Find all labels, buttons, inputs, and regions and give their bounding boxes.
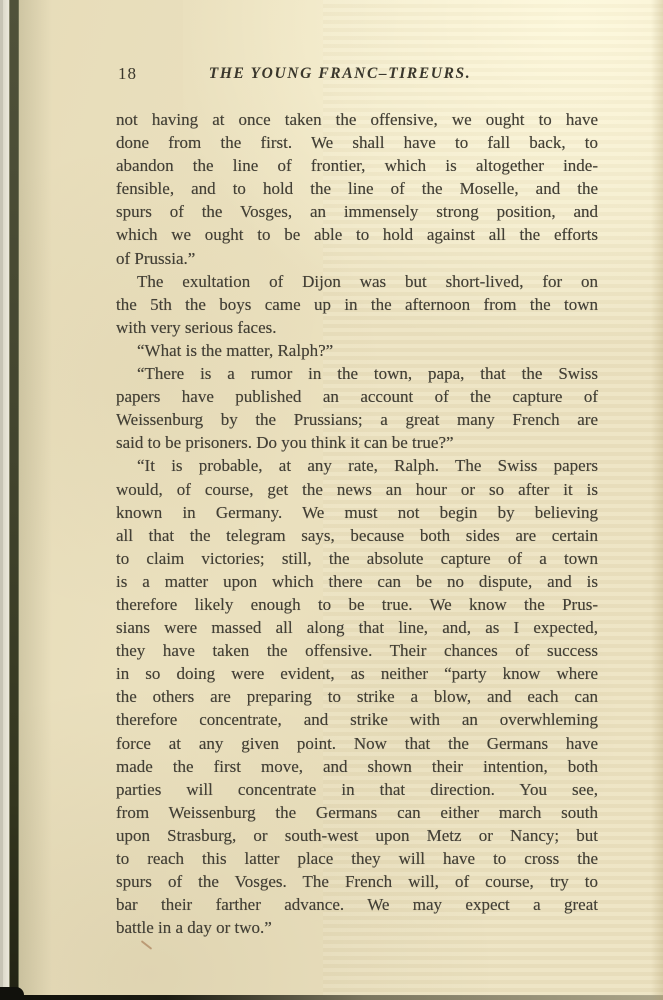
running-header: 18 THE YOUNG FRANC–TIREURS. <box>116 64 598 84</box>
text-line: The exultation of Dijon was but short-li… <box>116 270 598 293</box>
page-content: 18 THE YOUNG FRANC–TIREURS. not having a… <box>116 64 598 939</box>
text-line: “It is probable, at any rate, Ralph. The… <box>116 454 598 477</box>
text-line: which we ought to be able to hold agains… <box>116 223 598 246</box>
page-edge-bottom <box>0 995 663 1000</box>
text-line: to claim victories; still, the absolute … <box>116 547 598 570</box>
text-line: spurs of the Vosges, an immensely strong… <box>116 200 598 223</box>
text-line: with very serious faces. <box>116 316 598 339</box>
text-line: they have taken the offensive. Their cha… <box>116 639 598 662</box>
text-line: spurs of the Vosges. The French will, of… <box>116 870 598 893</box>
paper-scratch-mark <box>141 940 152 950</box>
page-edge-right <box>651 0 663 1000</box>
text-line: said to be prisoners. Do you think it ca… <box>116 431 598 454</box>
binding-line <box>9 0 19 1000</box>
text-line: of Prussia.” <box>116 247 598 270</box>
page-corner-bottom-left <box>0 987 24 1000</box>
paragraph: “It is probable, at any rate, Ralph. The… <box>116 454 598 939</box>
text-line: abandon the line of frontier, which is a… <box>116 154 598 177</box>
text-line: Weissenburg by the Prussians; a great ma… <box>116 408 598 431</box>
text-body: not having at once taken the offensive, … <box>116 108 598 939</box>
text-line: “There is a rumor in the town, papa, tha… <box>116 362 598 385</box>
text-line: papers have published an account of the … <box>116 385 598 408</box>
text-line: would, of course, get the news an hour o… <box>116 478 598 501</box>
text-line: done from the first. We shall have to fa… <box>116 131 598 154</box>
paragraph: not having at once taken the offensive, … <box>116 108 598 270</box>
paragraph: The exultation of Dijon was but short-li… <box>116 270 598 339</box>
paragraph: “There is a rumor in the town, papa, tha… <box>116 362 598 454</box>
paragraph: “What is the matter, Ralph?” <box>116 339 598 362</box>
text-line: battle in a day or two.” <box>116 916 598 939</box>
running-title: THE YOUNG FRANC–TIREURS. <box>209 65 471 83</box>
text-line: made the first move, and shown their int… <box>116 755 598 778</box>
text-line: sians were massed all along that line, a… <box>116 616 598 639</box>
text-line: to reach this latter place they will hav… <box>116 847 598 870</box>
text-line: fensible, and to hold the line of the Mo… <box>116 177 598 200</box>
text-line: all that the telegram says, because both… <box>116 524 598 547</box>
text-line: parties will concentrate in that directi… <box>116 778 598 801</box>
text-line: from Weissenburg the Germans can either … <box>116 801 598 824</box>
scanned-book-page: 18 THE YOUNG FRANC–TIREURS. not having a… <box>0 0 663 1000</box>
text-line: therefore concentrate, and strike with a… <box>116 708 598 731</box>
text-line: the 5th the boys came up in the afternoo… <box>116 293 598 316</box>
text-line: the others are preparing to strike a blo… <box>116 685 598 708</box>
text-line: therefore likely enough to be true. We k… <box>116 593 598 616</box>
text-line: force at any given point. Now that the G… <box>116 732 598 755</box>
text-line: “What is the matter, Ralph?” <box>116 339 598 362</box>
page-number: 18 <box>118 64 137 84</box>
text-line: not having at once taken the offensive, … <box>116 108 598 131</box>
binding-shadow <box>18 0 52 1000</box>
text-line: bar their farther advance. We may expect… <box>116 893 598 916</box>
text-line: is a matter upon which there can be no d… <box>116 570 598 593</box>
text-line: in so doing were evident, as neither “pa… <box>116 662 598 685</box>
text-line: upon Strasburg, or south-west upon Metz … <box>116 824 598 847</box>
text-line: known in Germany. We must not begin by b… <box>116 501 598 524</box>
